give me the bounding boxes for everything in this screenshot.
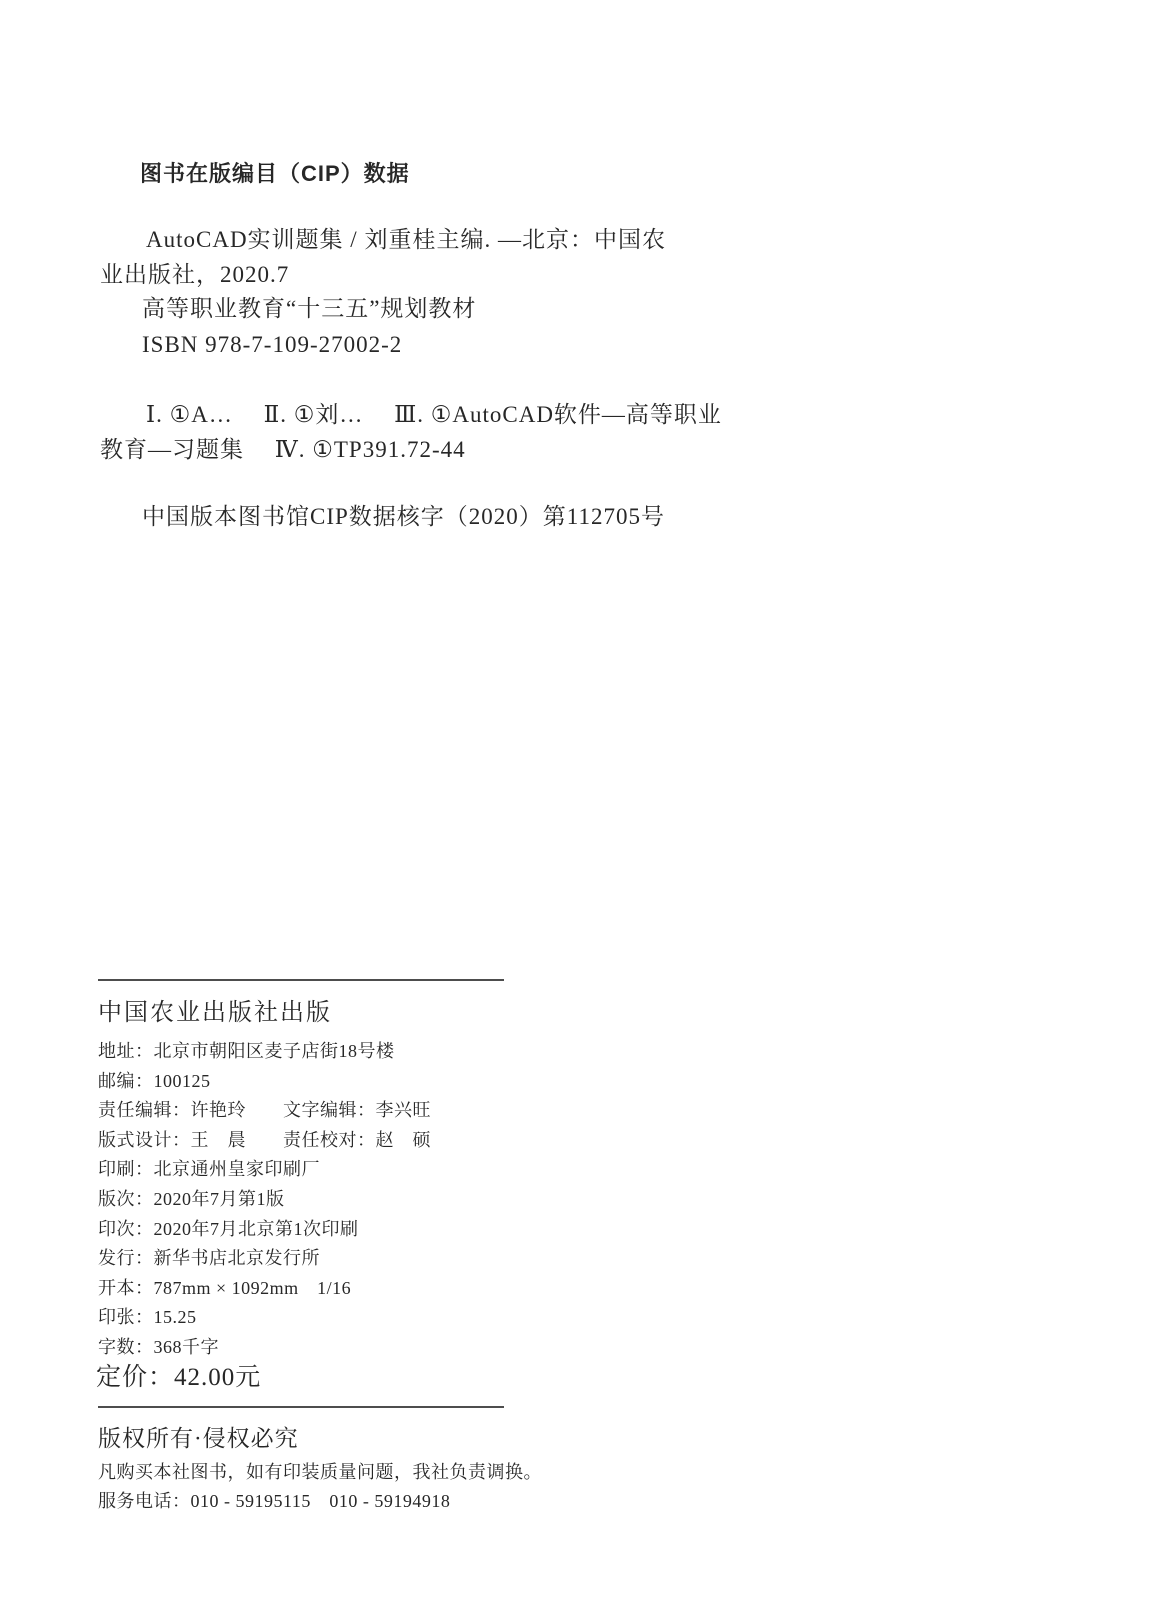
copyright-notice-heading: 版权所有·侵权必究 xyxy=(98,1425,299,1454)
colophon-row-format: 开本：787mm × 1092mm 1/16 xyxy=(98,1277,351,1300)
cip-entry-line-2: 业出版社，2020.7 xyxy=(100,261,289,290)
cip-entry-line-3: 高等职业教育“十三五”规划教材 xyxy=(142,295,476,324)
cip-entry-line-1: AutoCAD实训题集 / 刘重桂主编. —北京：中国农 xyxy=(146,226,666,255)
copyright-notice-text: 凡购买本社图书，如有印装质量问题，我社负责调换。 xyxy=(98,1461,542,1484)
cip-entry-line-4: ISBN 978-7-109-27002-2 xyxy=(142,331,402,360)
colophon-row-impression: 印次：2020年7月北京第1次印刷 xyxy=(98,1218,359,1241)
colophon-row-wordcount: 字数：368千字 xyxy=(98,1336,219,1359)
cip-classification-line-2: 教育—习题集 Ⅳ. ①TP391.72-44 xyxy=(100,436,466,465)
colophon-row-distribution: 发行：新华书店北京发行所 xyxy=(98,1247,320,1270)
colophon-row-design-proof: 版式设计：王 晨 责任校对：赵 硕 xyxy=(98,1129,431,1152)
cip-heading: 图书在版编目（CIP）数据 xyxy=(140,160,410,188)
colophon-row-edition: 版次：2020年7月第1版 xyxy=(98,1188,285,1211)
publisher-line: 中国农业出版社出版 xyxy=(98,998,332,1028)
cip-record-number: 中国版本图书馆CIP数据核字（2020）第112705号 xyxy=(142,503,665,532)
colophon-row-sheets: 印张：15.25 xyxy=(98,1306,197,1329)
cip-classification-line-1: Ⅰ. ①A… Ⅱ. ①刘… Ⅲ. ①AutoCAD软件—高等职业 xyxy=(146,401,722,430)
colophon-row-printer: 印刷：北京通州皇家印刷厂 xyxy=(98,1158,320,1181)
colophon-row-address: 地址：北京市朝阳区麦子店街18号楼 xyxy=(98,1040,395,1063)
bottom-rule xyxy=(98,1406,504,1408)
colophon-row-postcode: 邮编：100125 xyxy=(98,1070,211,1093)
colophon-row-editors: 责任编辑：许艳玲 文字编辑：李兴旺 xyxy=(98,1099,431,1122)
copyright-page: 图书在版编目（CIP）数据 AutoCAD实训题集 / 刘重桂主编. —北京：中… xyxy=(0,0,1153,1624)
service-phone-line: 服务电话：010 - 59195115 010 - 59194918 xyxy=(98,1490,450,1513)
price-line: 定价：42.00元 xyxy=(96,1362,261,1393)
top-rule xyxy=(98,979,504,981)
